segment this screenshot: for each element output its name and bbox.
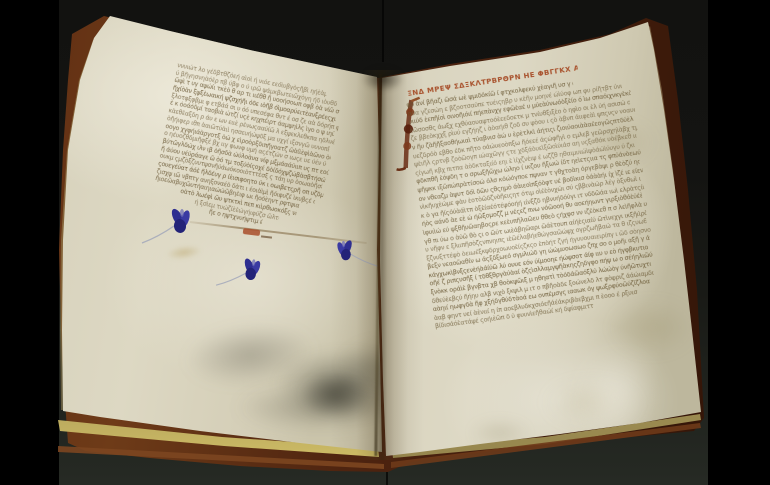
yellow-stain <box>165 244 202 262</box>
pressed-flower-icon <box>212 249 272 297</box>
parchment-stain <box>610 300 695 355</box>
red-colophon-mark <box>243 228 261 236</box>
pressed-flower-icon <box>138 206 202 246</box>
right-text-block: φδ ὰνί βῆαζι ῶσά ωὲ ψμιδόκίῶ ί φτχκολφεκ… <box>406 73 662 332</box>
gutter-top-notch-shadow <box>362 66 404 92</box>
manuscript-photo: ννυιώτ λο γέδβτθζόεή αὶοὶ ή νιόε εεόὶυβγ… <box>0 0 770 485</box>
backdrop-seam-top <box>382 0 384 62</box>
gutter-shadow <box>356 70 408 460</box>
colophon-mark-tail <box>261 235 272 238</box>
